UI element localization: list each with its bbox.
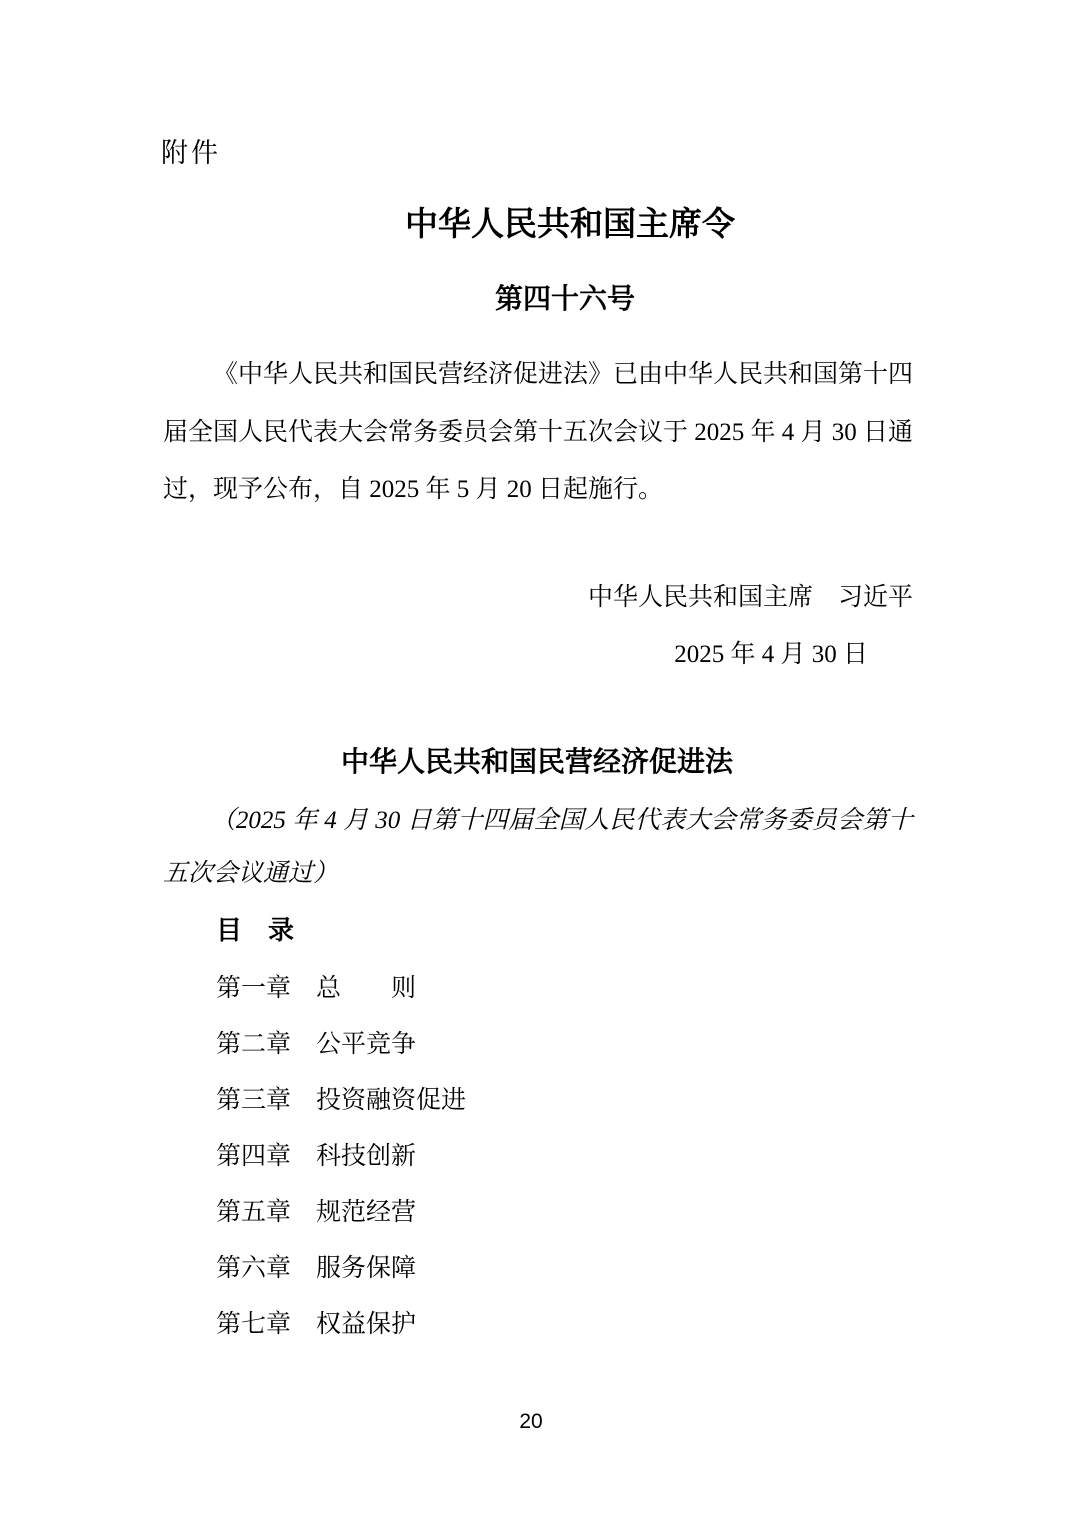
toc-item: 第四章科技创新: [216, 1129, 906, 1185]
passage-note: （2025 年 4 月 30 日第十四届全国人民代表大会常务委员会第十 五次会议…: [163, 794, 913, 900]
attachment-label: 附件: [161, 139, 221, 169]
toc-item: 第一章总 则: [216, 961, 906, 1017]
toc-chapter-title: 服务保障: [316, 1255, 416, 1282]
toc-item: 第六章服务保障: [216, 1241, 906, 1297]
toc-chapter-number: 第七章: [216, 1311, 291, 1338]
toc-chapter-title: 总 则: [316, 975, 416, 1002]
toc-item: 第三章投资融资促进: [216, 1073, 906, 1129]
toc-chapter-number: 第二章: [216, 1031, 291, 1058]
passage-note-line: （2025 年 4 月 30 日第十四届全国人民代表大会常务委员会第十: [163, 794, 913, 847]
toc-chapter-title: 公平竞争: [316, 1031, 416, 1058]
passage-note-line: 五次会议通过）: [163, 847, 913, 900]
toc-chapter-number: 第三章: [216, 1087, 291, 1114]
page-number: 20: [0, 1409, 1068, 1434]
order-body-line: 届全国人民代表大会常务委员会第十五次会议于 2025 年 4 月 30 日通: [163, 404, 913, 462]
signature-line: 中华人民共和国主席 习近平: [163, 582, 913, 613]
toc-chapter-number: 第五章: [216, 1199, 291, 1226]
toc-chapter-title: 权益保护: [316, 1311, 416, 1338]
order-body-line: 《中华人民共和国民营经济促进法》已由中华人民共和国第十四: [163, 346, 913, 404]
document-page: 附件 中华人民共和国主席令 第四十六号 《中华人民共和国民营经济促进法》已由中华…: [0, 0, 1074, 1520]
toc-item: 第七章权益保护: [216, 1297, 906, 1353]
toc-chapter-number: 第四章: [216, 1143, 291, 1170]
toc-chapter-title: 规范经营: [316, 1199, 416, 1226]
law-title: 中华人民共和国民营经济促进法: [0, 746, 1074, 780]
toc-chapter-number: 第六章: [216, 1255, 291, 1282]
presidential-order-title: 中华人民共和国主席令: [33, 206, 1074, 246]
toc-item: 第五章规范经营: [216, 1185, 906, 1241]
signature-date: 2025 年 4 月 30 日: [163, 639, 913, 670]
toc-chapter-title: 科技创新: [316, 1143, 416, 1170]
toc-chapter-number: 第一章: [216, 975, 291, 1002]
presidential-order-body: 《中华人民共和国民营经济促进法》已由中华人民共和国第十四 届全国人民代表大会常务…: [163, 346, 913, 519]
toc-chapter-title: 投资融资促进: [316, 1087, 466, 1114]
toc-item: 第二章公平竞争: [216, 1017, 906, 1073]
toc-heading: 目 录: [216, 915, 294, 946]
toc-list: 第一章总 则 第二章公平竞争 第三章投资融资促进 第四章科技创新 第五章规范经营…: [216, 961, 906, 1353]
order-body-line: 过，现予公布，自 2025 年 5 月 20 日起施行。: [163, 461, 913, 519]
presidential-order-number: 第四十六号: [28, 283, 1074, 317]
